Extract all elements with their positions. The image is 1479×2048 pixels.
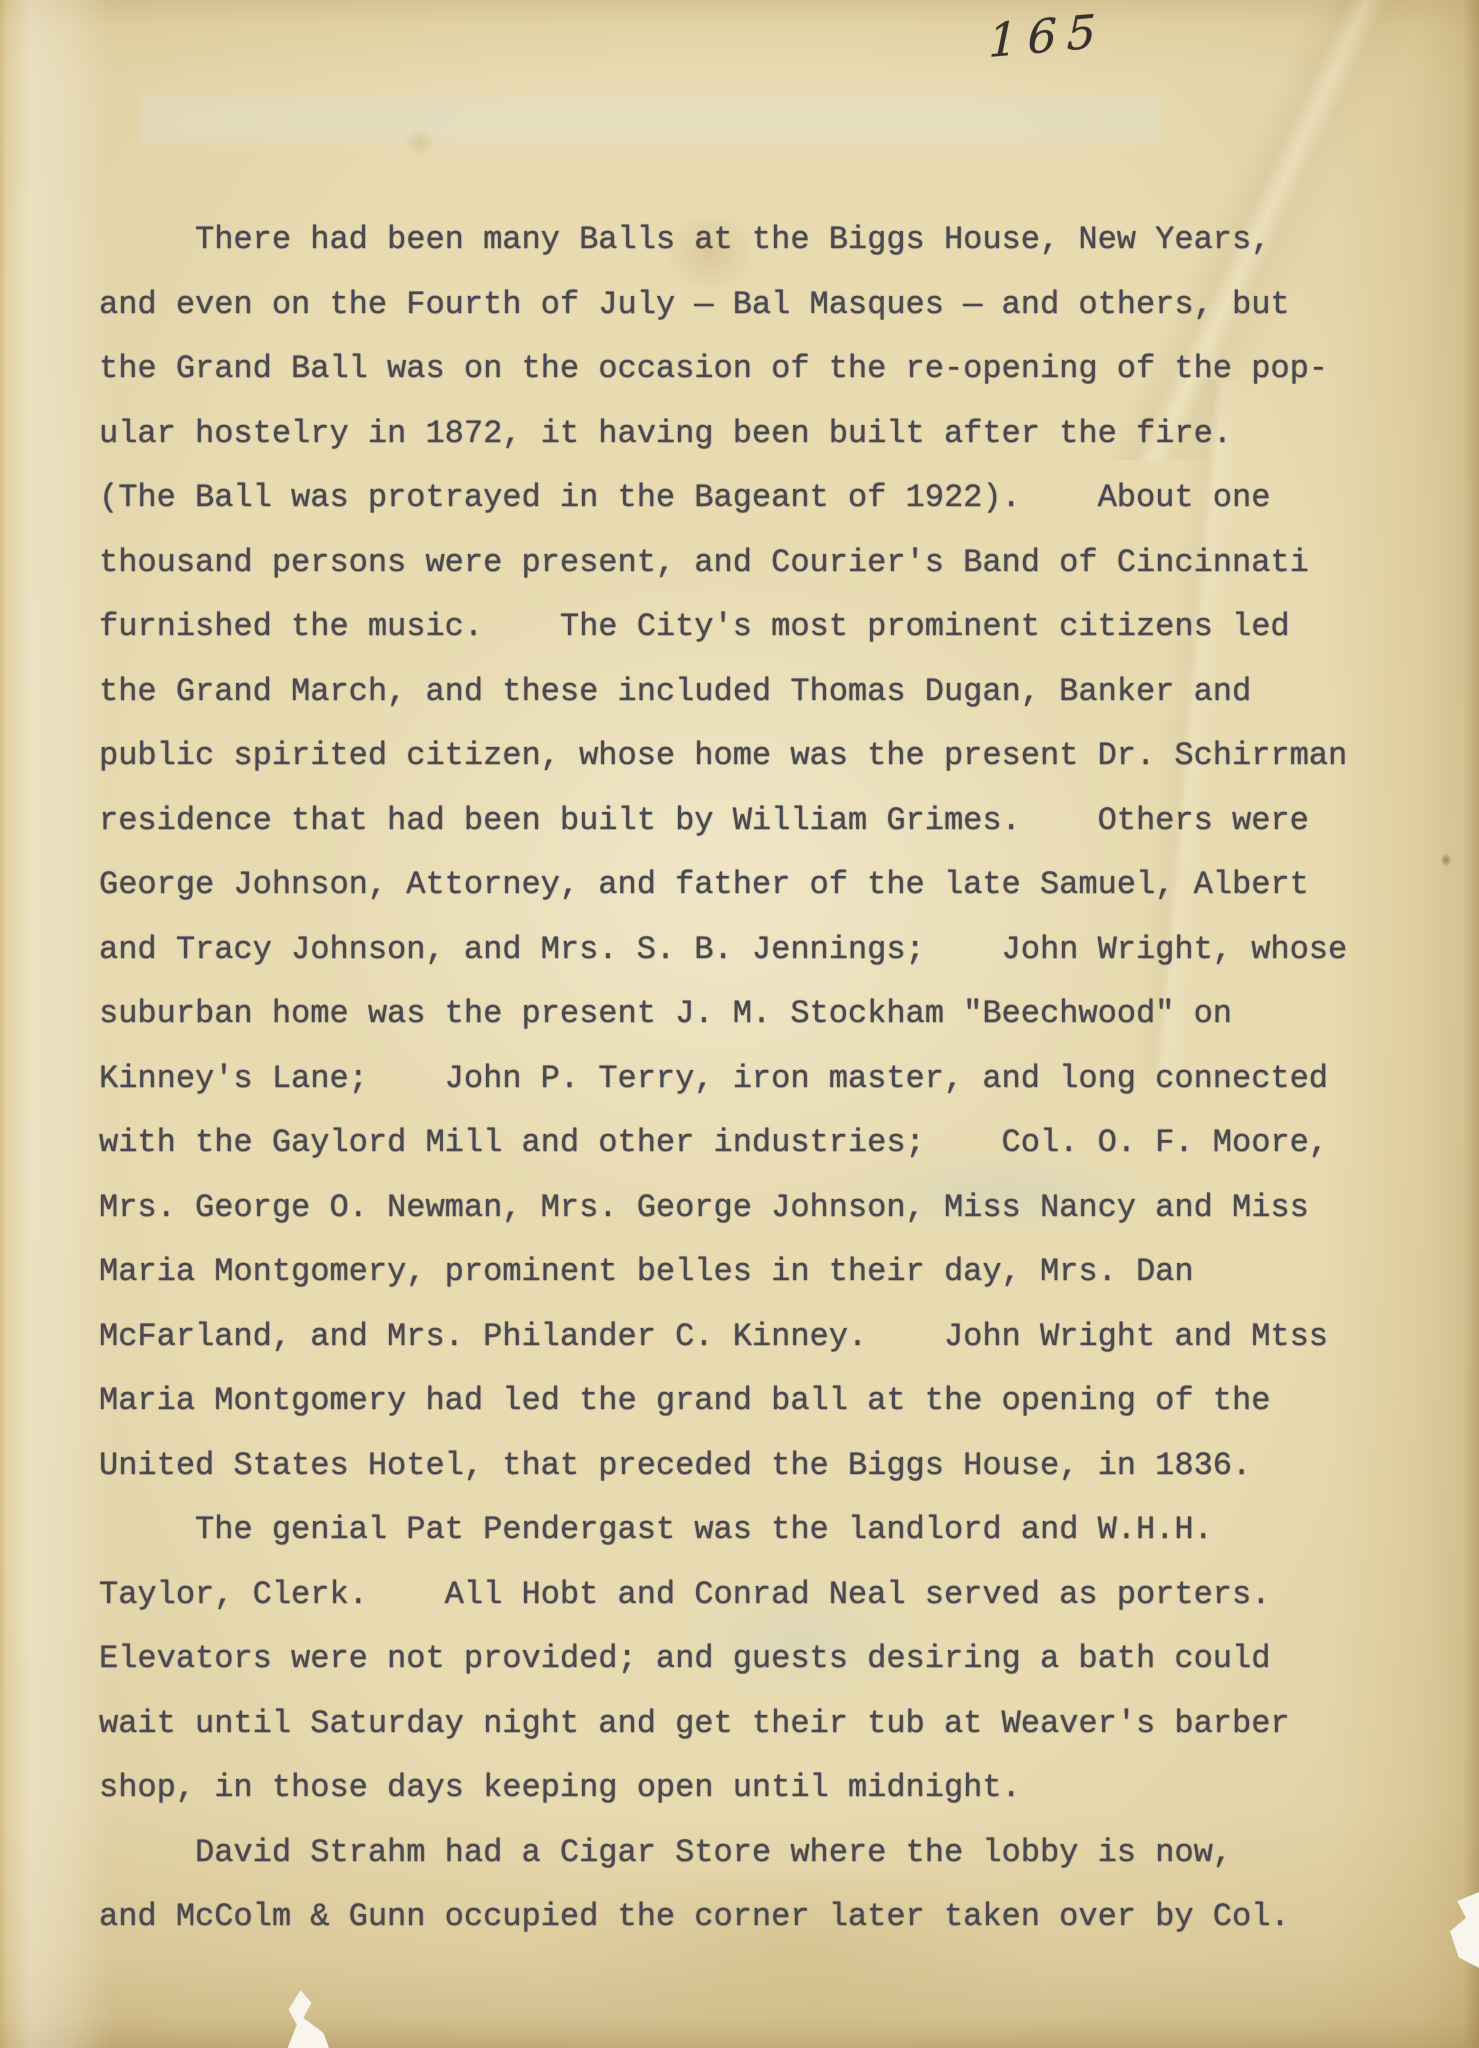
text-line: and Tracy Johnson, and Mrs. S. B. Jennin… bbox=[99, 918, 1439, 983]
text-line: suburban home was the present J. M. Stoc… bbox=[99, 982, 1439, 1047]
text-line: McFarland, and Mrs. Philander C. Kinney.… bbox=[99, 1305, 1439, 1370]
text-line: shop, in those days keeping open until m… bbox=[99, 1756, 1439, 1821]
text-line: furnished the music. The City's most pro… bbox=[99, 595, 1439, 660]
text-line: There had been many Balls at the Biggs H… bbox=[99, 208, 1439, 273]
text-line: thousand persons were present, and Couri… bbox=[99, 531, 1439, 596]
text-line: public spirited citizen, whose home was … bbox=[99, 724, 1439, 789]
text-line: the Grand Ball was on the occasion of th… bbox=[99, 337, 1439, 402]
text-line: (The Ball was protrayed in the Bageant o… bbox=[99, 466, 1439, 531]
text-line: Taylor, Clerk. All Hobt and Conrad Neal … bbox=[99, 1563, 1439, 1628]
document-page: 165 There had been many Balls at the Big… bbox=[0, 0, 1479, 2048]
text-line: the Grand March, and these included Thom… bbox=[99, 660, 1439, 725]
text-line: Kinney's Lane; John P. Terry, iron maste… bbox=[99, 1047, 1439, 1112]
text-line: and even on the Fourth of July — Bal Mas… bbox=[99, 273, 1439, 338]
text-line: The genial Pat Pendergast was the landlo… bbox=[99, 1498, 1439, 1563]
text-line: ular hostelry in 1872, it having been bu… bbox=[99, 402, 1439, 467]
text-line: wait until Saturday night and get their … bbox=[99, 1692, 1439, 1757]
text-line: residence that had been built by William… bbox=[99, 789, 1439, 854]
typewritten-text: There had been many Balls at the Biggs H… bbox=[99, 208, 1439, 1950]
text-line: United States Hotel, that preceded the B… bbox=[99, 1434, 1439, 1499]
text-line: Mrs. George O. Newman, Mrs. George Johns… bbox=[99, 1176, 1439, 1241]
text-line: Elevators were not provided; and guests … bbox=[99, 1627, 1439, 1692]
text-line: David Strahm had a Cigar Store where the… bbox=[99, 1821, 1439, 1886]
text-line: with the Gaylord Mill and other industri… bbox=[99, 1111, 1439, 1176]
text-line: Maria Montgomery had led the grand ball … bbox=[99, 1369, 1439, 1434]
text-line: Maria Montgomery, prominent belles in th… bbox=[99, 1240, 1439, 1305]
paper-tear-bottom-right bbox=[1450, 1892, 1479, 1968]
paper-tear-bottom-left bbox=[283, 1990, 329, 2048]
text-line: George Johnson, Attorney, and father of … bbox=[99, 853, 1439, 918]
handwritten-page-number: 165 bbox=[988, 0, 1169, 94]
text-line: and McColm & Gunn occupied the corner la… bbox=[99, 1885, 1439, 1950]
